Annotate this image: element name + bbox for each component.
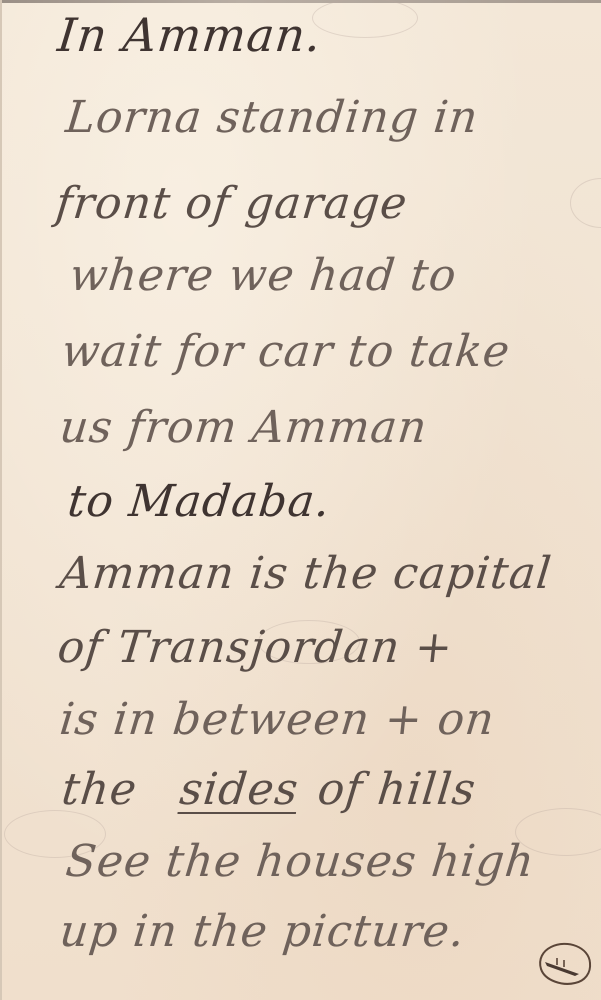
text-line: See the houses high xyxy=(63,836,537,887)
text-line: In Amman. xyxy=(55,8,324,62)
underlined-word: sides xyxy=(177,764,301,815)
text-line: front of garage xyxy=(53,178,410,229)
text-line: of hills xyxy=(315,764,478,815)
text-line: us from Amman xyxy=(57,402,430,453)
text-line: up in the picture. xyxy=(57,906,467,957)
handwritten-text: In Amman. Lorna standing in front of gar… xyxy=(0,0,601,1000)
text-line: wait for car to take xyxy=(59,326,512,377)
text-line: Amman is the capital xyxy=(57,548,554,599)
ship-icon xyxy=(537,941,593,987)
text-line: of Transjordan + xyxy=(55,622,455,673)
text-line: to Madaba. xyxy=(65,476,333,527)
text-line: is in between + on xyxy=(57,694,497,745)
text-line: the xyxy=(59,764,139,815)
text-line: Lorna standing in xyxy=(63,92,481,143)
handwritten-card: In Amman. Lorna standing in front of gar… xyxy=(0,0,601,1000)
text-line: where we had to xyxy=(67,250,459,301)
